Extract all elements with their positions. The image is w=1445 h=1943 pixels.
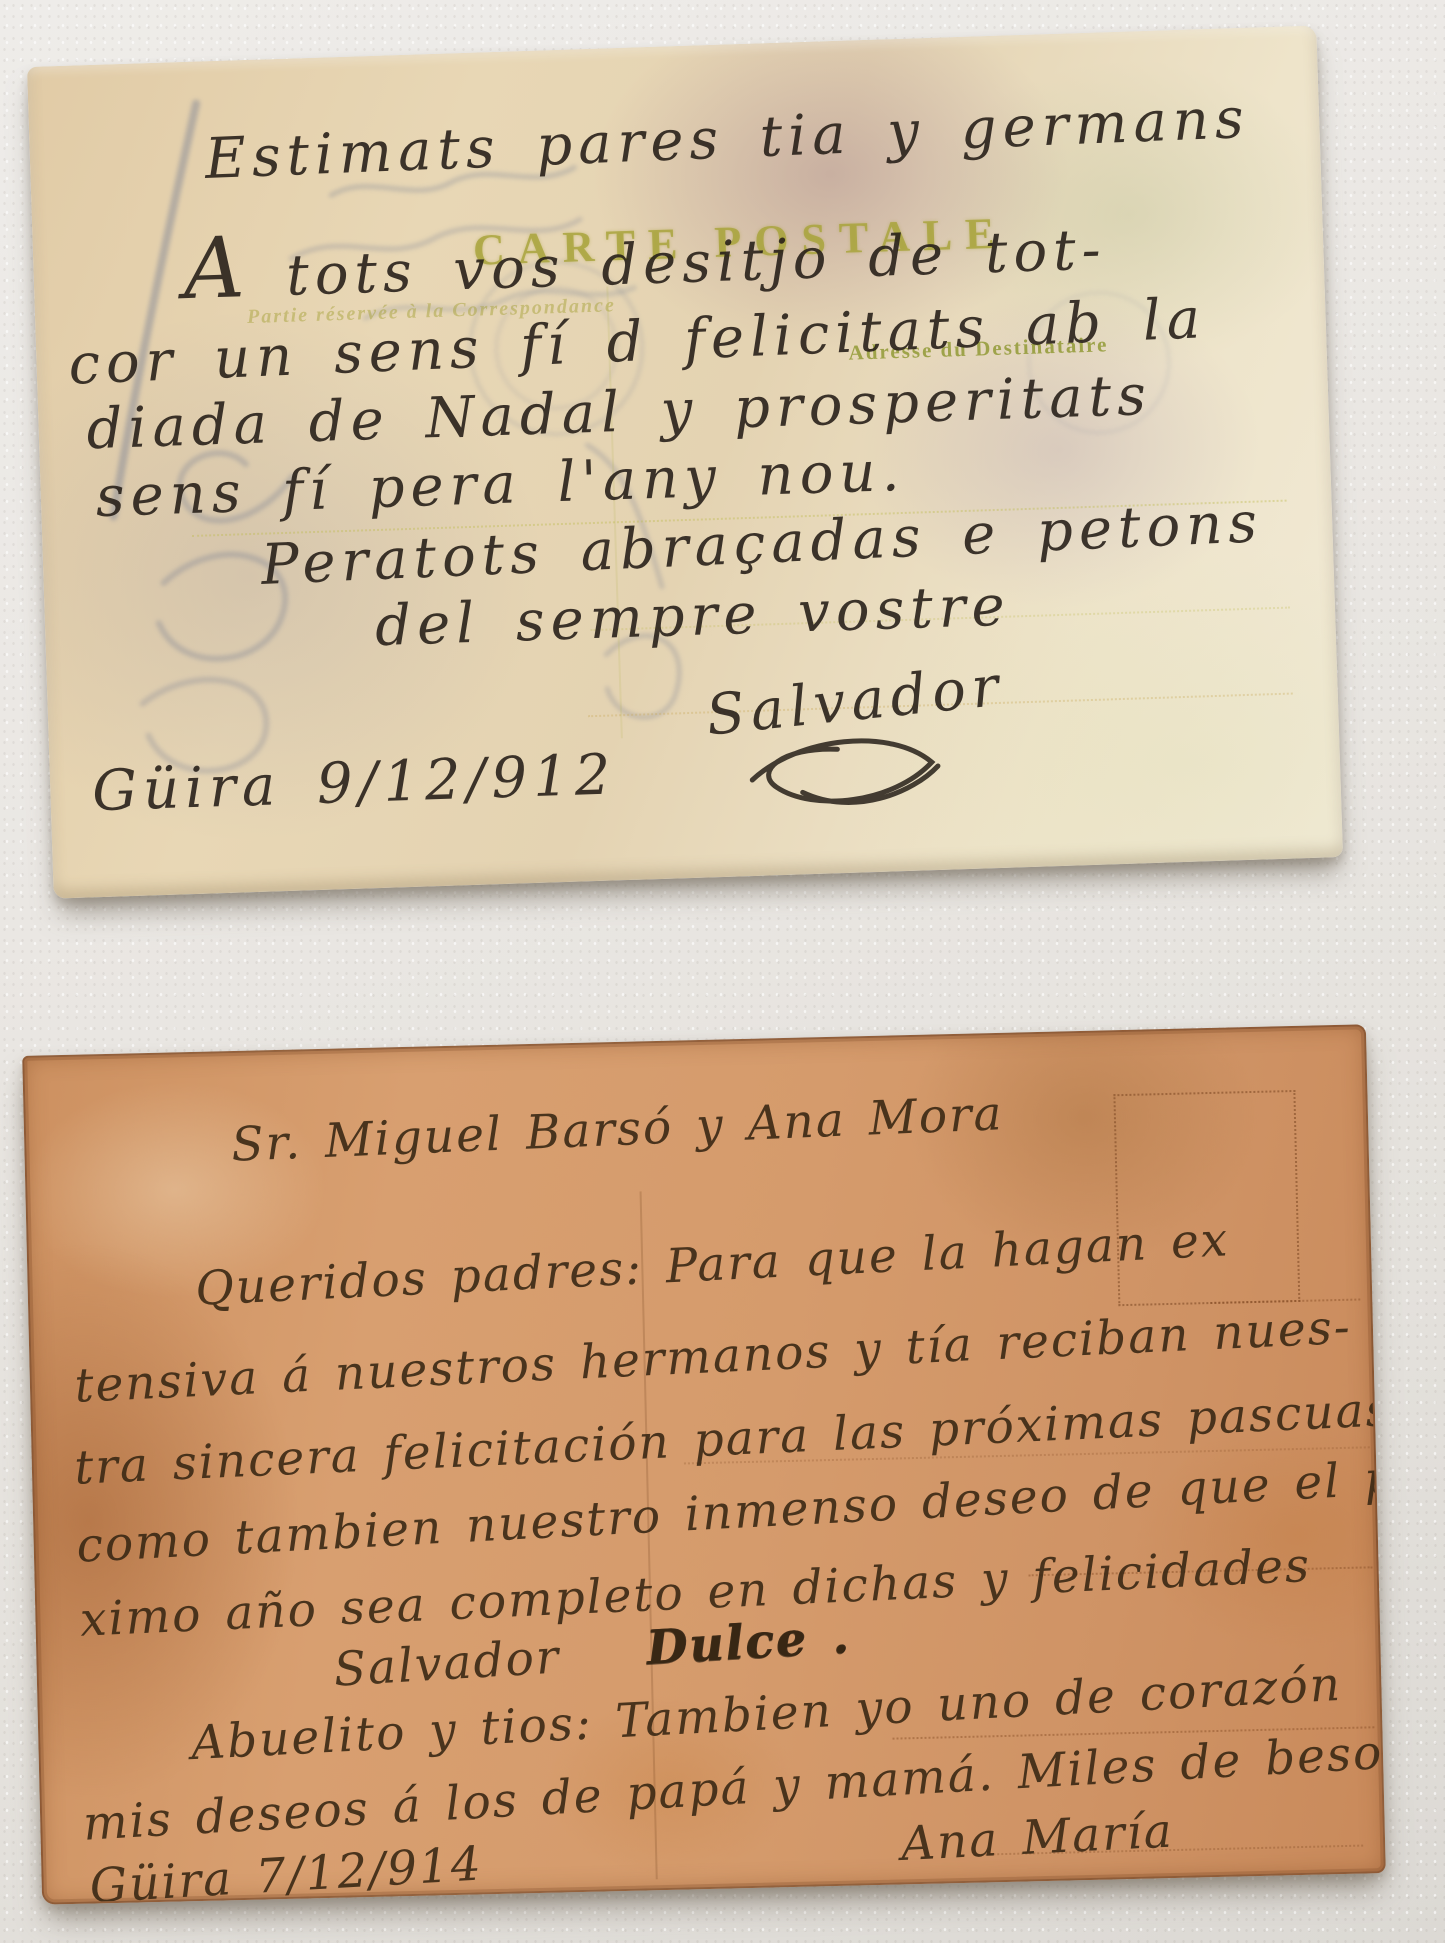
postcard-bottom: Sr. Miguel Barsó y Ana Mora Queridos pad… [22,1024,1386,1904]
signature-flourish [739,729,972,836]
handwritten-line: Queridos padres: Para que la hagan ex [194,1212,1230,1317]
addressee-line: Sr. Miguel Barsó y Ana Mora [230,1086,1004,1173]
signature-salvador: Salvador [332,1630,562,1698]
stamp-box [1113,1090,1300,1306]
postcard-top: CARTE POSTALE Partie réservée à la Corre… [27,25,1343,898]
signature-dulce: Dulce . [645,1609,852,1676]
photo-scene: CARTE POSTALE Partie réservée à la Corre… [0,0,1445,1943]
signature-ana-maria: Ana María [900,1804,1175,1872]
